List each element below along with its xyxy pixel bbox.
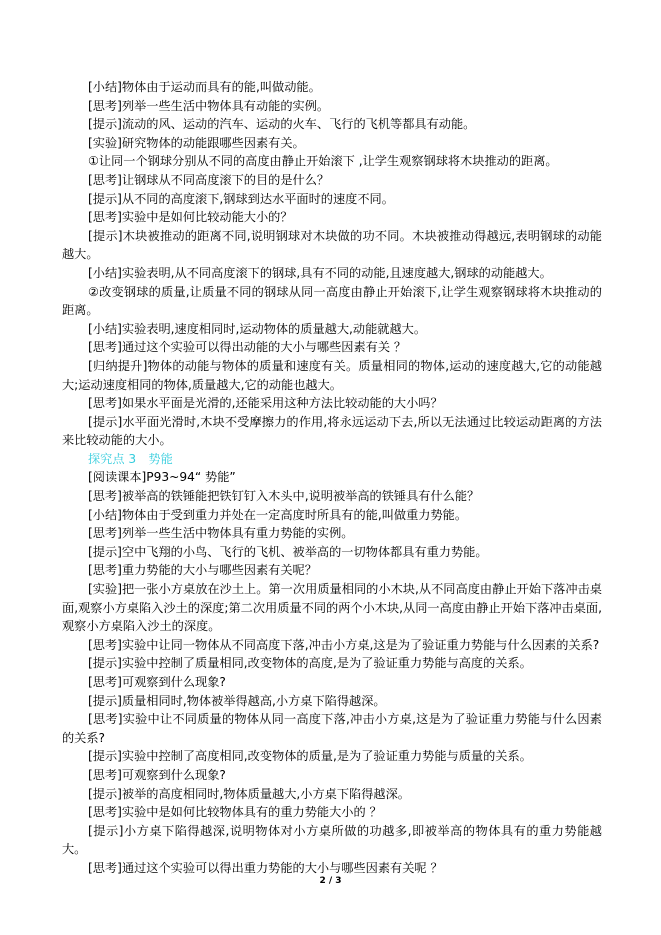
paragraph-hint: [提示]被举的高度相同时,物体质量越大,小方桌下陷得越深。 <box>62 785 602 804</box>
paragraph-conclusion: [归纳提升]物体的动能与物体的质量和速度有关。质量相同的物体,运动的速度越大,它… <box>62 357 602 394</box>
paragraph-think: [思考]被举高的铁锤能把铁钉钉入木头中,说明被举高的铁锤具有什么能？ <box>62 487 602 506</box>
page-number: 2 / 3 <box>0 876 661 886</box>
paragraph-think: [思考]重力势能的大小与哪些因素有关呢？ <box>62 561 602 580</box>
paragraph-think: [思考]实验中是如何比较物体具有的重力势能大小的 ？ <box>62 803 602 822</box>
paragraph-think: [思考]实验中让不同质量的物体从同一高度下落,冲击小方桌,这是为了验证重力势能与… <box>62 710 602 747</box>
paragraph-hint: [提示]实验中控制了高度相同,改变物体的质量,是为了验证重力势能与质量的关系。 <box>62 747 602 766</box>
paragraph-experiment: [实验]把一张小方桌放在沙土上。第一次用质量相同的小木块,从不同高度由静止开始下… <box>62 580 602 636</box>
paragraph-hint: [提示]从不同的高度滚下,钢球到达水平面时的速度不同。 <box>62 190 602 209</box>
paragraph-reading: [阅读课本]P93~94“ 势能” <box>62 468 602 487</box>
paragraph-hint: [提示]质量相同时,物体被举得越高,小方桌下陷得越深。 <box>62 692 602 711</box>
paragraph-hint: [提示]木块被推动的距离不同,说明钢球对木块做的功不同。木块被推动得越远,表明钢… <box>62 227 602 264</box>
paragraph-kinetic-summary: [小结]物体由于运动而具有的能,叫做动能。 <box>62 78 602 97</box>
paragraph-summary: [小结]实验表明,从不同高度滚下的钢球,具有不同的动能,且速度越大,钢球的动能越… <box>62 264 602 283</box>
paragraph-think: [思考]实验中让同一物体从不同高度下落,冲击小方桌,这是为了验证重力势能与什么因… <box>62 636 602 655</box>
paragraph-hint: [提示]小方桌下陷得越深,说明物体对小方桌所做的功越多,即被举高的物体具有的重力… <box>62 822 602 859</box>
paragraph-think: [思考]通过这个实验可以得出动能的大小与哪些因素有关 ？ <box>62 338 602 357</box>
paragraph-step-2: ②改变钢球的质量,让质量不同的钢球从同一高度由静止开始滚下,让学生观察钢球将木块… <box>62 283 602 320</box>
section-heading: 探究点 3 势能 <box>62 450 602 469</box>
paragraph-hint: [提示]空中飞翔的小鸟、飞行的飞机、被举高的一切物体都具有重力势能。 <box>62 543 602 562</box>
paragraph-summary: [小结]物体由于受到重力并处在一定高度时所具有的能,叫做重力势能。 <box>62 506 602 525</box>
paragraph-think: [思考]可观察到什么现象? <box>62 673 602 692</box>
paragraph-hint: [提示]实验中控制了质量相同,改变物体的高度,是为了验证重力势能与高度的关系。 <box>62 654 602 673</box>
paragraph-think: [思考]实验中是如何比较动能大小的？ <box>62 208 602 227</box>
paragraph-think: [思考]可观察到什么现象? <box>62 766 602 785</box>
paragraph-hint: [提示]流动的风、运动的汽车、运动的火车、飞行的飞机等都具有动能。 <box>62 115 602 134</box>
document-page: [小结]物体由于运动而具有的能,叫做动能。 [思考]列举一些生活中物体具有动能的… <box>62 78 602 878</box>
paragraph-think: [思考]列举一些生活中物体具有重力势能的实例。 <box>62 524 602 543</box>
paragraph-think: [思考]让钢球从不同高度滚下的目的是什么？ <box>62 171 602 190</box>
paragraph-think: [思考]通过这个实验可以得出重力势能的大小与哪些因素有关呢 ？ <box>62 859 602 878</box>
paragraph-think: [思考]列举一些生活中物体具有动能的实例。 <box>62 97 602 116</box>
paragraph-step-1: ①让同一个钢球分别从不同的高度由静止开始滚下 ,让学生观察钢球将木块推动的距离。 <box>62 152 602 171</box>
paragraph-summary: [小结]实验表明,速度相同时,运动物体的质量越大,动能就越大。 <box>62 320 602 339</box>
paragraph-experiment: [实验]研究物体的动能跟哪些因素有关。 <box>62 134 602 153</box>
paragraph-think: [思考]如果水平面是光滑的,还能采用这种方法比较动能的大小吗？ <box>62 394 602 413</box>
paragraph-hint: [提示]水平面光滑时,木块不受摩擦力的作用,将永远运动下去,所以无法通过比较运动… <box>62 413 602 450</box>
